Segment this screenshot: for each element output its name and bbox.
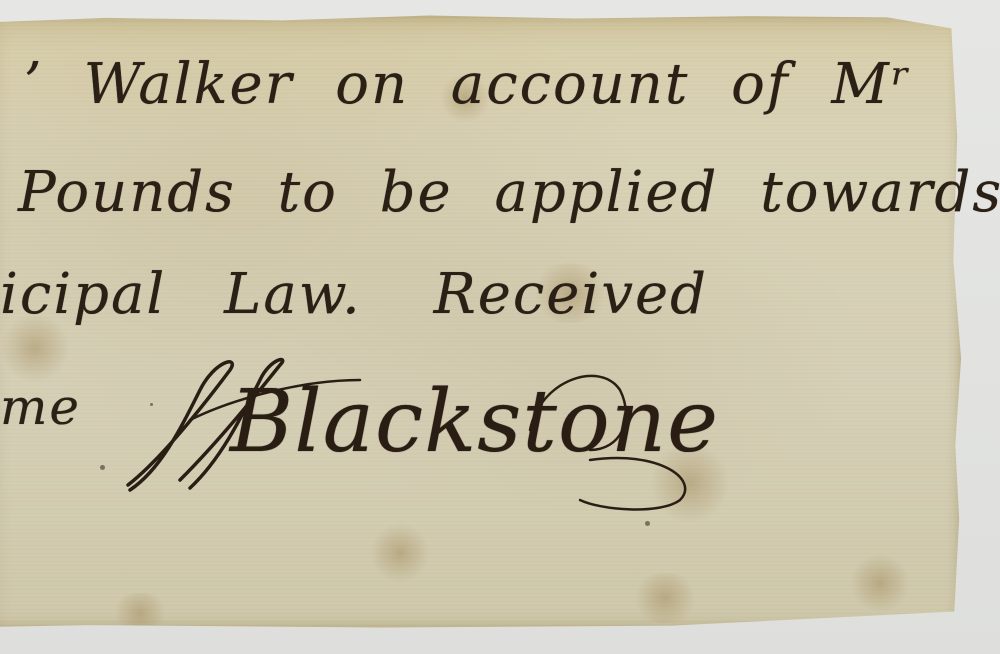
text-line-1: ʼ Walker on account of Mʳ [22, 52, 912, 117]
word: towards [760, 160, 1000, 225]
text-line-3: icipal Law. Received [0, 262, 708, 327]
signature: Blackstone [120, 350, 720, 530]
foxing-stain [110, 593, 170, 633]
foxing-stain [630, 573, 700, 623]
word: of [731, 52, 789, 117]
ink-speck [100, 465, 105, 470]
word: ʼ [22, 52, 42, 117]
word: Pounds [18, 160, 236, 225]
foxing-stain [370, 523, 430, 583]
word: on [335, 52, 409, 117]
word: Received [434, 262, 708, 327]
word: me [0, 378, 81, 436]
word: Walker [84, 52, 294, 117]
word: be [380, 160, 453, 225]
text-line-2: Pounds to be applied towards [18, 160, 1000, 225]
word: Law. [224, 262, 362, 327]
word: applied [495, 160, 719, 225]
word: to [278, 160, 338, 225]
word: icipal [0, 262, 166, 327]
word: Mʳ [831, 52, 912, 117]
foxing-stain [850, 553, 910, 613]
text-line-4: me [0, 378, 81, 436]
signature-surname: Blackstone [230, 372, 719, 472]
word: account [451, 52, 689, 117]
photo-stage: ʼ Walker on account of Mʳ Pounds to be a… [0, 0, 1000, 654]
